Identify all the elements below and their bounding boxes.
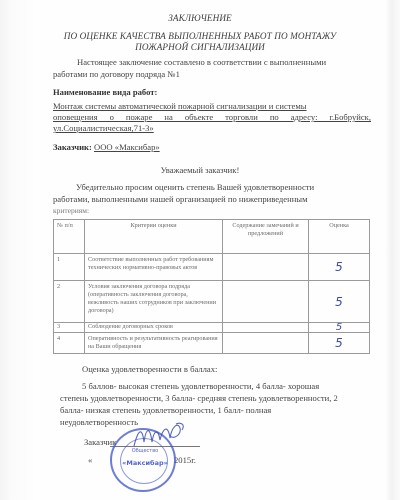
row-score: 5 [309, 254, 370, 281]
stamp-text-name: «Максибар» [112, 459, 178, 467]
row-criteria: Оперативность и результативность реагиро… [85, 333, 223, 354]
row-score: 5 [309, 281, 370, 323]
document-subtitle-line2: ПОЖАРНОЙ СИГНАЛИЗАЦИИ [0, 42, 400, 52]
row-score: 5 [309, 333, 370, 354]
row-comments [223, 254, 309, 281]
customer-label: Заказчик: [53, 142, 92, 152]
signature-scribble [130, 420, 190, 450]
table-row: 1 Соответствие выполненных работ требова… [54, 254, 370, 281]
scanned-page: ЗАКЛЮЧЕНИЕ ПО ОЦЕНКЕ КАЧЕСТВА ВЫПОЛНЕННЫ… [0, 0, 400, 500]
row-comments [223, 323, 309, 333]
scale-line4: неудовлетворенность [60, 417, 138, 429]
request-line1: Убедительно просим оценить степень Вашей… [76, 182, 314, 194]
customer-line: Заказчик: ООО «Максибар» [53, 142, 160, 154]
criteria-table: № п/п Критерии оценки Содержание замечан… [53, 219, 370, 354]
row-num: 2 [54, 281, 85, 323]
row-criteria: Соблюдение договорных сроков [85, 323, 223, 333]
document-subtitle-line1: ПО ОЦЕНКЕ КАЧЕСТВА ВЫПОЛНЕННЫХ РАБОТ ПО … [0, 31, 400, 41]
scale-line1: 5 баллов- высокая степень удовлетворенно… [82, 381, 319, 393]
row-num: 1 [54, 254, 85, 281]
scale-line3: балла- низкая степень удовлетворенности,… [60, 405, 271, 417]
greeting: Уважаемый заказчик! [0, 165, 400, 177]
row-criteria: Соответствие выполненных работ требовани… [85, 254, 223, 281]
header-score: Оценка [309, 220, 370, 254]
row-num: 3 [54, 323, 85, 333]
request-line3: критериям: [53, 205, 89, 217]
document-title: ЗАКЛЮЧЕНИЕ [0, 13, 400, 23]
scale-heading: Оценка удовлетворенности в баллах: [82, 364, 217, 376]
date-prefix: « [88, 455, 92, 467]
work-type-line2: оповещения о пожаре на объекте торговли … [53, 112, 371, 124]
work-type-line1: Монтаж системы автоматической пожарной с… [53, 101, 371, 113]
intro-line1: Настоящее заключение составлено в соотве… [77, 57, 326, 69]
row-comments [223, 281, 309, 323]
row-num: 4 [54, 333, 85, 354]
table-header-row: № п/п Критерии оценки Содержание замечан… [54, 220, 370, 254]
request-line2: работами, выполненными нашей организацие… [53, 194, 308, 206]
header-comments: Содержание замечаний и предложений [223, 220, 309, 254]
intro-line2: работами по договору подряда №1 [53, 69, 180, 81]
header-criteria: Критерии оценки [85, 220, 223, 254]
table-row: 3 Соблюдение договорных сроков 5 [54, 323, 370, 333]
row-score: 5 [309, 323, 370, 333]
row-criteria: Условия заключения договора подряда (опе… [85, 281, 223, 323]
header-num: № п/п [54, 220, 85, 254]
customer-value: ООО «Максибар» [94, 142, 160, 152]
work-type-line3: ул.Социалистическая,71-3» [53, 123, 154, 135]
scale-line2: степень удовлетворенности, 3 балла- сред… [60, 393, 338, 405]
table-row: 2 Условия заключения договора подряда (о… [54, 281, 370, 323]
table-row: 4 Оперативность и результативность реаги… [54, 333, 370, 354]
row-comments [223, 333, 309, 354]
work-type-label: Наименование вида работ: [53, 87, 157, 99]
